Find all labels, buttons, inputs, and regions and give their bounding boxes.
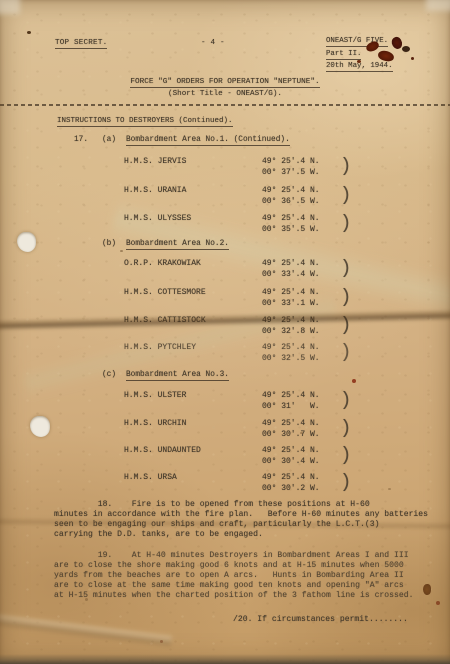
brace-glyph: ): [340, 286, 351, 308]
longitude: 00° 30'.7 W.: [262, 430, 320, 439]
document-subtitle: (Short Title - ONEAST/G).: [0, 90, 450, 98]
stain-speck: [352, 379, 356, 383]
dashed-rule: [0, 104, 450, 106]
area-c-heading: Bombardment Area No.3.: [126, 371, 229, 379]
stain-speck: [357, 60, 361, 63]
longitude: 00° 32'.5 W.: [262, 354, 320, 363]
ship-position: 49° 25'.4 N.00° 35'.5 W.: [262, 214, 320, 235]
ship-name: H.M.S. ULSTER: [124, 391, 186, 400]
corner-fold-crease: [0, 614, 172, 646]
paragraph-19: 19. At H-40 minutes Destroyers in Bombar…: [54, 551, 444, 601]
punch-hole: [17, 232, 36, 252]
latitude: 49° 25'.4 N.: [262, 391, 320, 400]
ship-position: 49° 25'.4 N.00° 32'.5 W.: [262, 343, 320, 364]
brace-glyph: ): [340, 417, 351, 439]
stain-speck: [423, 584, 431, 595]
area-c-label: (c): [102, 371, 116, 379]
longitude: 00° 36'.5 W.: [262, 197, 320, 206]
latitude: 49° 25'.4 N.: [262, 259, 320, 268]
page-number: - 4 -: [201, 39, 225, 47]
ship-position: 49° 25'.4 N.00° 30'.4 W.: [262, 446, 320, 467]
area-a-heading: Bombardment Area No.1. (Continued).: [126, 136, 290, 144]
ship-position: 49° 25'.4 N.00° 30'.2 W.: [262, 473, 320, 494]
latitude: 49° 25'.4 N.: [262, 157, 320, 166]
stain-speck: [436, 601, 440, 605]
classification-text: TOP SECRET.: [55, 39, 107, 49]
reference-code: ONEAST/G FIVE.: [326, 36, 393, 48]
corner-highlight: [426, 0, 450, 11]
ship-position: 49° 25'.4 N.00° 37'.5 W.: [262, 157, 320, 178]
area-a-label: (a): [102, 136, 116, 144]
area-a-heading-text: Bombardment Area No.1. (Continued).: [126, 136, 290, 146]
continuation-note: /20. If circumstances permit........: [233, 615, 408, 624]
latitude: 49° 25'.4 N.: [262, 343, 320, 352]
longitude: 00° 31' W.: [262, 402, 320, 411]
longitude: 00° 33'.4 W.: [262, 270, 320, 279]
latitude: 49° 25'.4 N.: [262, 288, 320, 297]
latitude: 49° 25'.4 N.: [262, 186, 320, 195]
area-c-heading-text: Bombardment Area No.3.: [126, 371, 229, 381]
corner-highlight: [0, 0, 20, 14]
date-text: 20th May, 1944.: [326, 62, 393, 72]
ship-name: H.M.S. UNDAUNTED: [124, 446, 201, 455]
bottom-page-edge: [0, 654, 450, 664]
section-heading: INSTRUCTIONS TO DESTROYERS (Continued).: [57, 117, 233, 125]
area-b-label: (b): [102, 240, 116, 248]
brace-glyph: ): [340, 184, 351, 206]
stain-speck: [85, 598, 88, 601]
paragraph-18: 18. Fire is to be opened from these posi…: [54, 500, 444, 540]
ship-name: H.M.S. CATTISTOCK: [124, 316, 206, 325]
brace-glyph: ): [340, 444, 351, 466]
latitude: 49° 25'.4 N.: [262, 473, 320, 482]
section-heading-text: INSTRUCTIONS TO DESTROYERS (Continued).: [57, 117, 233, 127]
brace-glyph: ): [340, 471, 351, 493]
stain-speck: [27, 31, 31, 34]
ship-name: H.M.S. COTTESMORE: [124, 288, 206, 297]
item-number: 17.: [74, 136, 88, 144]
longitude: 00° 35'.5 W.: [262, 225, 320, 234]
punch-hole: [30, 416, 50, 437]
stain-speck: [388, 488, 391, 490]
ship-name: H.M.S. URANIA: [124, 186, 186, 195]
ship-name: O.R.P. KRAKOWIAK: [124, 259, 201, 268]
ship-position: 49° 25'.4 N.00° 33'.1 W.: [262, 288, 320, 309]
document-page: TOP SECRET. - 4 - ONEAST/G FIVE. Part II…: [0, 0, 450, 664]
area-b-heading: Bombardment Area No.2.: [126, 240, 229, 248]
longitude: 00° 30'.2 W.: [262, 484, 320, 493]
longitude: 00° 37'.5 W.: [262, 168, 320, 177]
latitude: 49° 25'.4 N.: [262, 419, 320, 428]
brace-glyph: ): [340, 212, 351, 234]
stain-speck: [411, 57, 414, 60]
ship-name: H.M.S. JERVIS: [124, 157, 186, 166]
ship-name: H.M.S. URCHIN: [124, 419, 186, 428]
area-b-heading-text: Bombardment Area No.2.: [126, 240, 229, 250]
stain-speck: [160, 640, 163, 643]
longitude: 00° 33'.1 W.: [262, 299, 320, 308]
brace-glyph: ): [340, 257, 351, 279]
ship-name: H.M.S. PYTCHLEY: [124, 343, 196, 352]
ship-position: 49° 25'.4 N.00° 33'.4 W.: [262, 259, 320, 280]
longitude: 00° 30'.4 W.: [262, 457, 320, 466]
ink-stain: [402, 46, 410, 52]
brace-glyph: ): [340, 389, 351, 411]
horizontal-crease: [0, 309, 450, 332]
brace-glyph: ): [340, 314, 351, 336]
latitude: 49° 25'.4 N.: [262, 316, 320, 325]
stain-speck: [300, 432, 303, 434]
brace-glyph: ): [340, 155, 351, 177]
part-text: Part II.: [326, 50, 361, 60]
document-title: FORCE "G" ORDERS FOR OPERATION "NEPTUNE"…: [0, 78, 450, 86]
classification-marking: TOP SECRET.: [55, 39, 107, 47]
stain-speck: [120, 250, 123, 252]
latitude: 49° 25'.4 N.: [262, 446, 320, 455]
ship-position: 49° 25'.4 N.00° 30'.7 W.: [262, 419, 320, 440]
ship-position: 49° 25'.4 N.00° 31' W.: [262, 391, 320, 412]
ship-name: H.M.S. ULYSSES: [124, 214, 191, 223]
document-title-text: FORCE "G" ORDERS FOR OPERATION "NEPTUNE"…: [130, 78, 319, 88]
brace-glyph: ): [340, 341, 351, 363]
ship-position: 49° 25'.4 N.00° 36'.5 W.: [262, 186, 320, 207]
ship-position: 49° 25'.4 N.00° 32'.8 W.: [262, 316, 320, 337]
ship-name: H.M.S. URSA: [124, 473, 177, 482]
longitude: 00° 32'.8 W.: [262, 327, 320, 336]
latitude: 49° 25'.4 N.: [262, 214, 320, 223]
